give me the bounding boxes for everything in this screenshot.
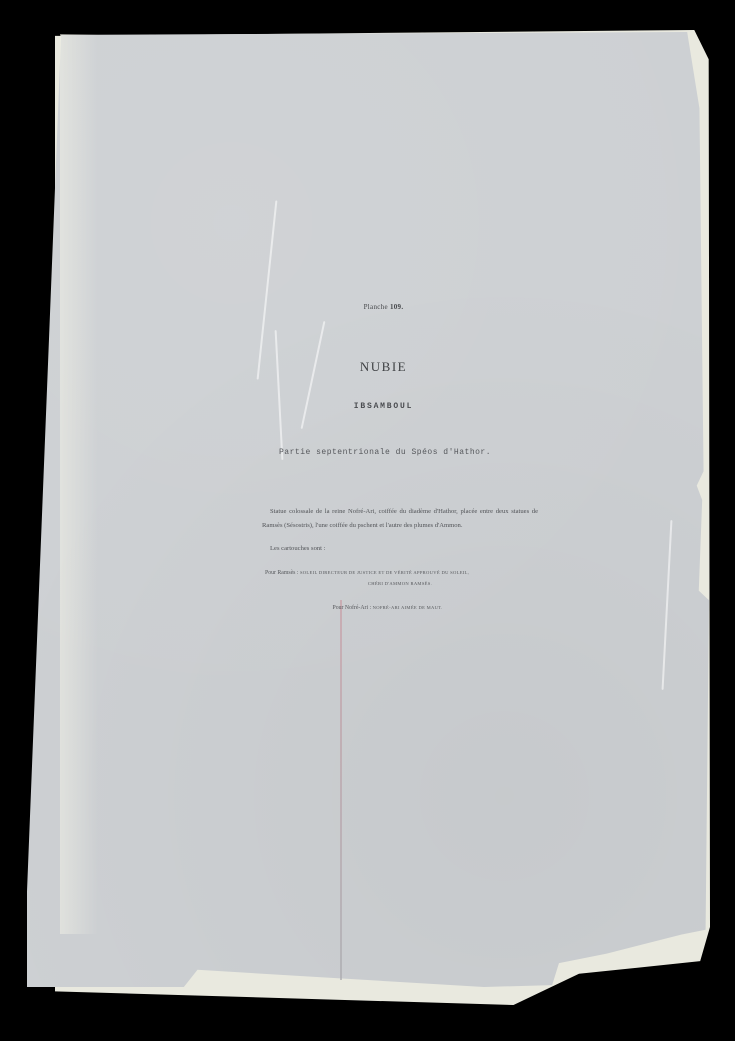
plate-label: Planche 109. xyxy=(0,303,735,311)
site-title: IBSAMBOUL xyxy=(0,402,735,411)
cartouche-text: NOFRÉ-ARI AIMÉE DE MAUT. xyxy=(373,605,443,610)
plate-number: 109. xyxy=(390,303,403,311)
plate-description: Statue colossale de la reine Nofré-Ari, … xyxy=(262,505,538,533)
cartouche-text-continuation: CHÉRI D'AMMON RAMSÈS. xyxy=(368,581,432,586)
cartouche-ramses-continuation: CHÉRI D'AMMON RAMSÈS. xyxy=(0,581,735,587)
region-title: NUBIE xyxy=(0,359,735,375)
cartouche-prefix: Pour Nofré-Ari : xyxy=(333,605,372,611)
cartouche-prefix: Pour Ramsès : xyxy=(265,570,299,576)
cartouche-text: SOLEIL DIRECTEUR DE JUSTICE ET DE VÉRITÉ… xyxy=(300,570,469,575)
cartouche-intro: Les cartouches sont : xyxy=(270,545,325,552)
plate-subtitle: Partie septentrionale du Spéos d'Hathor. xyxy=(0,448,735,457)
cartouche-ramses: Pour Ramsès : SOLEIL DIRECTEUR DE JUSTIC… xyxy=(265,570,469,576)
cartouche-nofreari: Pour Nofré-Ari : NOFRÉ-ARI AIMÉE DE MAUT… xyxy=(0,605,735,611)
document-text: Planche 109. NUBIE IBSAMBOUL Partie sept… xyxy=(0,0,735,1041)
plate-label-prefix: Planche xyxy=(364,303,388,311)
